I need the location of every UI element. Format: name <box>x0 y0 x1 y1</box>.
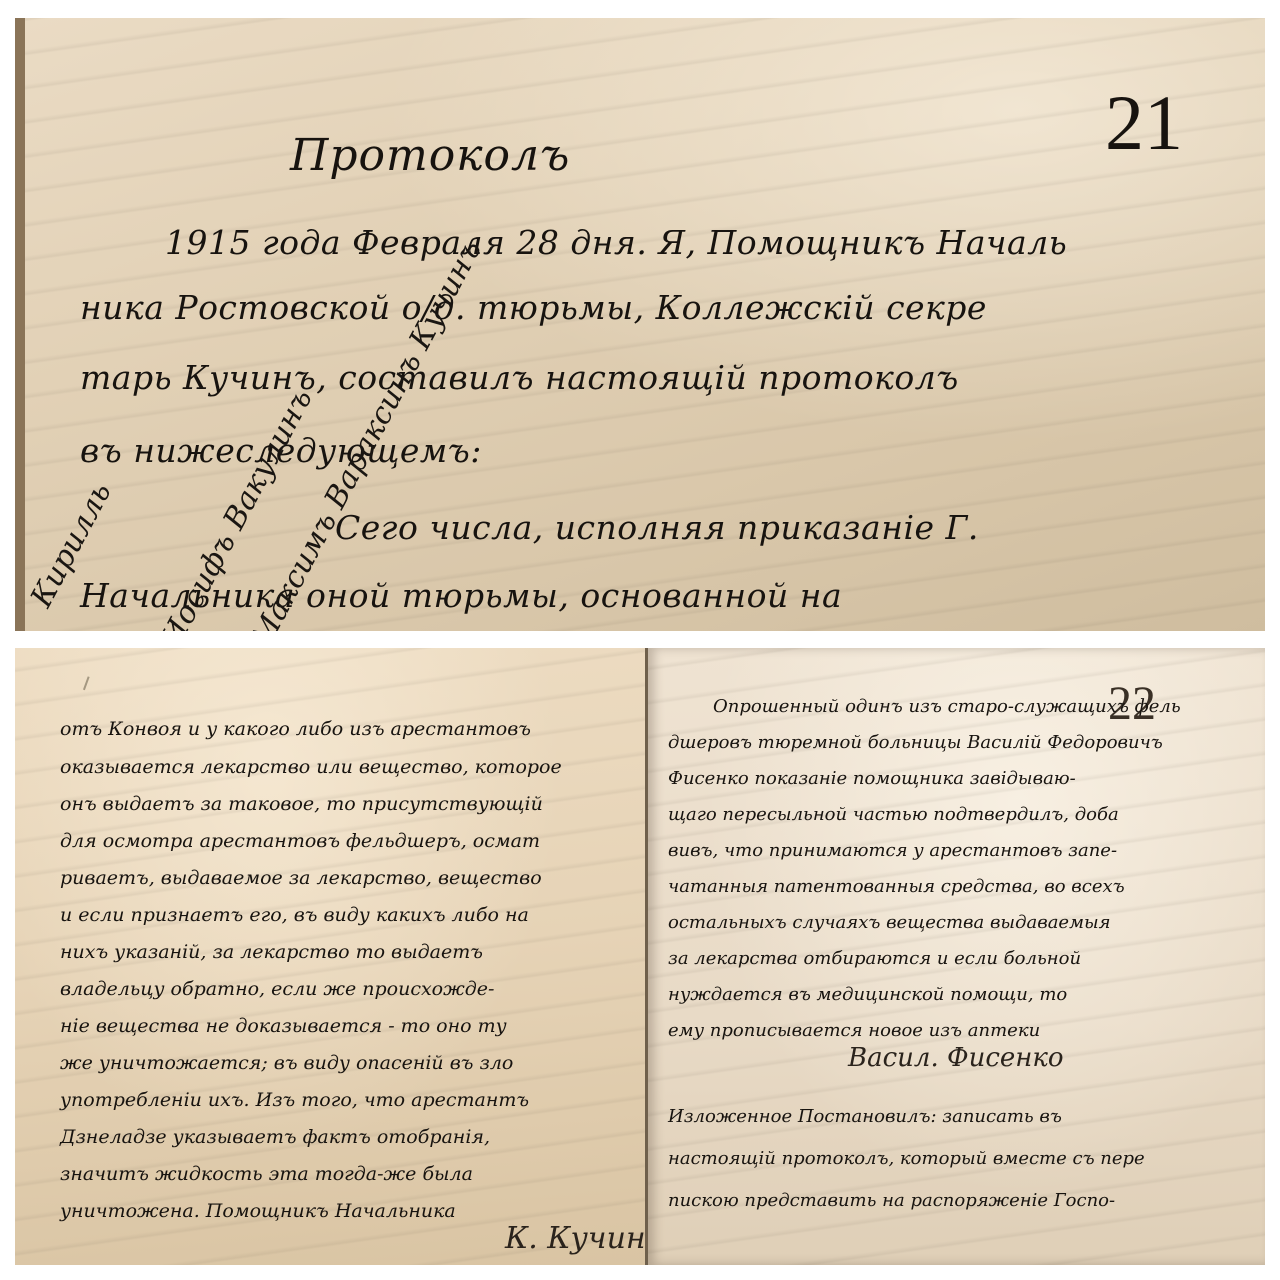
signature: К. Кучинъ <box>505 1221 666 1256</box>
text-line: Опрошенный одинъ изъ старо-служащихъ фел… <box>713 696 1181 717</box>
text-line: ніе вещества не доказывается - то оно ту <box>60 1015 507 1037</box>
text-line: щаго пересыльной частью подтвердилъ, доб… <box>668 804 1119 825</box>
page-number: 21 <box>1105 78 1183 168</box>
text-line: пискою представить на распоряженіе Госпо… <box>668 1190 1115 1211</box>
text-line: тарь Кучинъ, составилъ настоящій протоко… <box>80 358 959 397</box>
right-page: 22 Опрошенный одинъ изъ старо-служащихъ … <box>645 648 1265 1265</box>
top-document-photo: Протоколъ 21 1915 года Февраля 28 дня. Я… <box>15 18 1265 631</box>
text-line: отъ Конвоя и у какого либо изъ арестанто… <box>60 718 531 740</box>
text-line: Фисенко показаніе помощника завідываю- <box>668 768 1076 789</box>
text-line: 1915 года Февраля 28 дня. Я, Помощникъ Н… <box>165 223 1067 262</box>
text-line: и если признаетъ его, въ виду какихъ либ… <box>60 904 529 926</box>
text-line: чатанныя патентованныя средства, во всех… <box>668 876 1125 897</box>
signature: Васил. Фисенко <box>848 1043 1064 1073</box>
left-page: отъ Конвоя и у какого либо изъ арестанто… <box>15 648 645 1265</box>
faint-mark <box>83 676 99 693</box>
text-line: нуждается въ медицинской помощи, то <box>668 984 1067 1005</box>
text-line: вивъ, что принимаются у арестантовъ запе… <box>668 840 1117 861</box>
text-line: нихъ указаній, за лекарство то выдаетъ <box>60 941 483 963</box>
text-line: же уничтожается; въ виду опасеній въ зло <box>60 1052 513 1074</box>
text-line: онъ выдаетъ за таковое, то присутствующі… <box>60 793 543 815</box>
text-line: Дзнеладзе указываетъ фактъ отобранія, <box>60 1126 490 1148</box>
text-line: оказывается лекарство или вещество, кото… <box>60 756 562 778</box>
document-title: Протоколъ <box>290 130 570 181</box>
text-line: владельцу обратно, если же происхожде- <box>60 978 494 1000</box>
text-line: ему прописывается новое изъ аптеки <box>668 1020 1040 1041</box>
text-line: для осмотра арестантовъ фельдшеръ, осмат <box>60 830 540 852</box>
text-line: употребленіи ихъ. Изъ того, что арестант… <box>60 1089 529 1111</box>
text-line: настоящій протоколъ, который вместе съ п… <box>668 1148 1145 1169</box>
text-line: дшеровъ тюремной больницы Василій Федоро… <box>668 732 1163 753</box>
text-line: за лекарства отбираются и если больной <box>668 948 1081 969</box>
text-line: риваетъ, выдаваемое за лекарство, вещест… <box>60 867 542 889</box>
text-line: остальныхъ случаяхъ вещества выдаваемыя <box>668 912 1111 933</box>
text-line: Изложенное Постановилъ: записать въ <box>668 1106 1062 1127</box>
text-line: значитъ жидкость эта тогда-же была <box>60 1163 473 1185</box>
text-line: Сего числа, исполняя приказаніе Г. <box>335 508 979 547</box>
text-line: ника Ростовской о/д. тюрьмы, Коллежскій … <box>80 288 987 327</box>
text-line: уничтожена. Помощникъ Начальника <box>60 1200 456 1222</box>
bottom-document-photo: отъ Конвоя и у какого либо изъ арестанто… <box>15 648 1265 1265</box>
